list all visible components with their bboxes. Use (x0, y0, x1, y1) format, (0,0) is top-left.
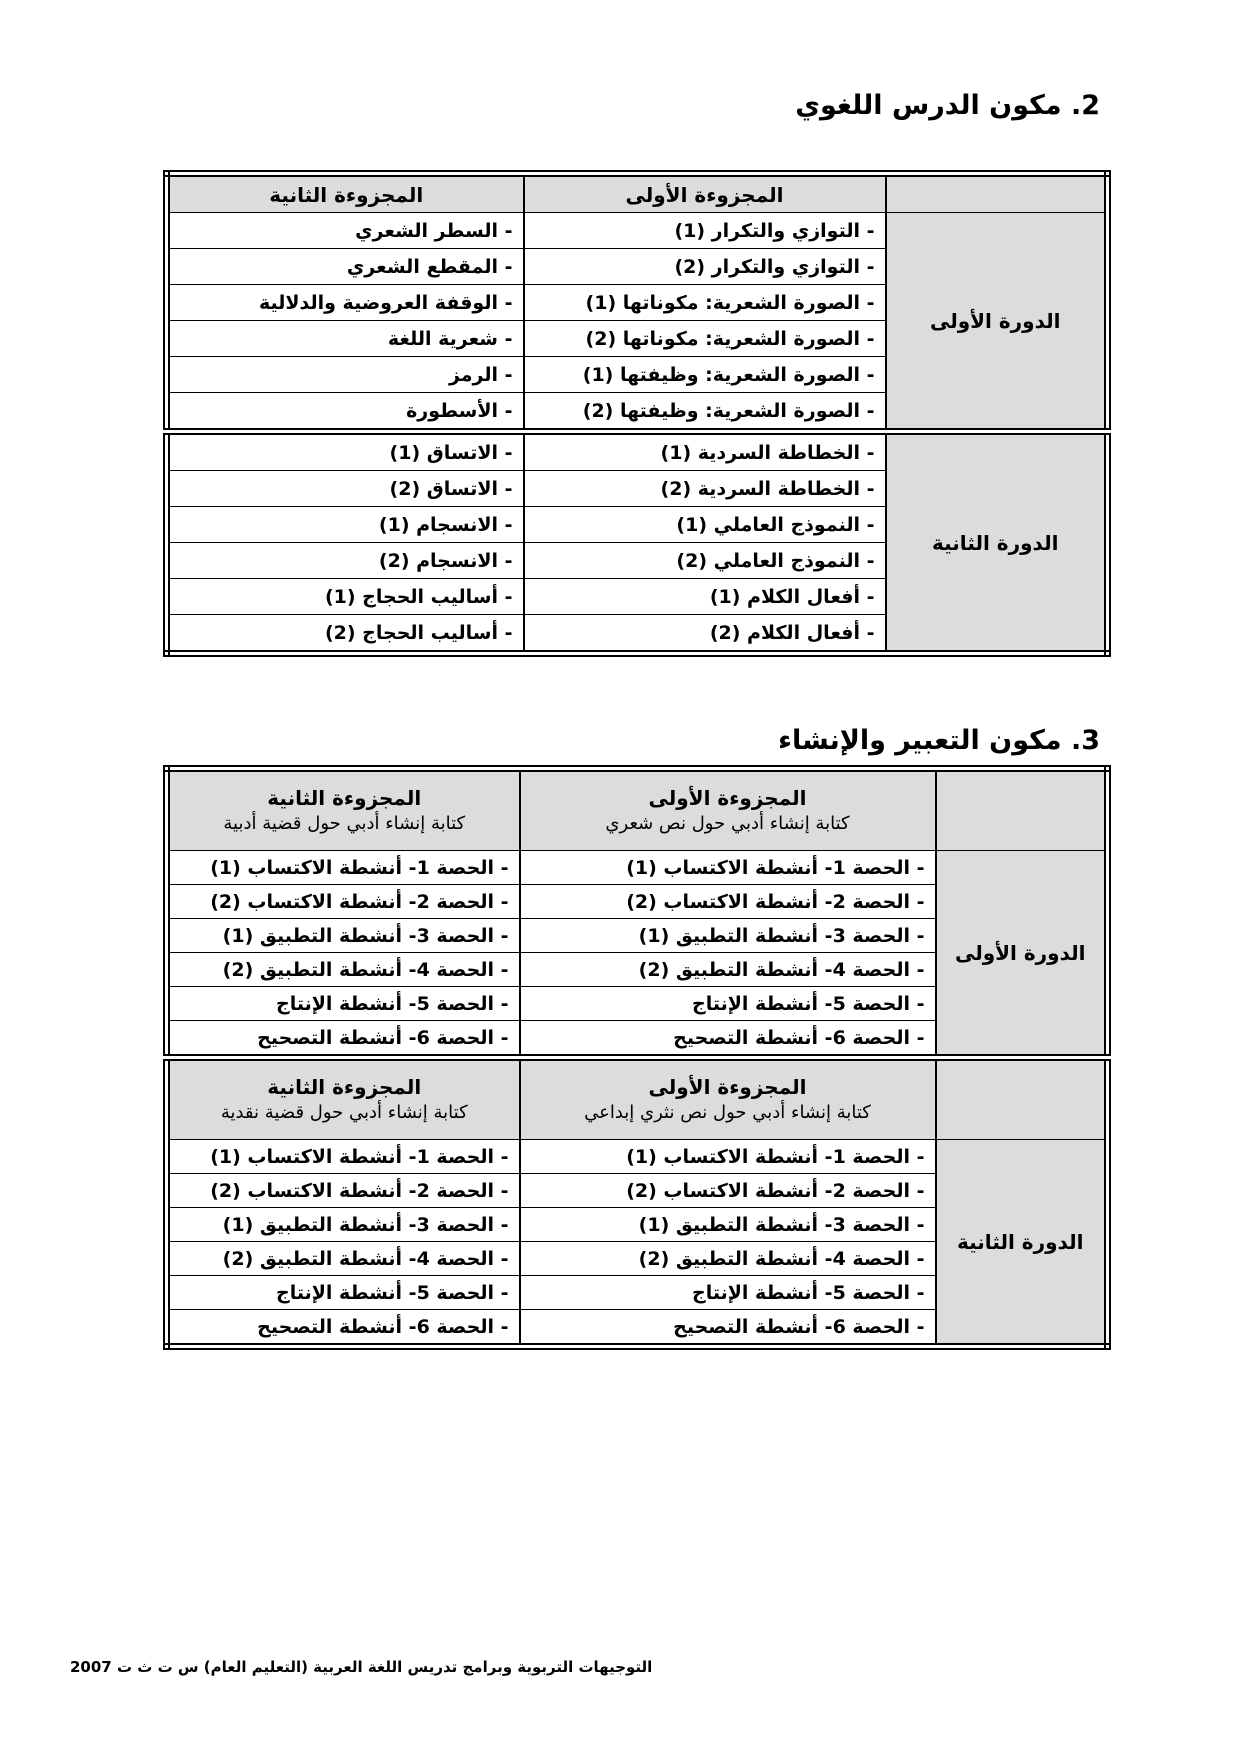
lesson-cell: - أفعال الكلام (2) (524, 615, 886, 654)
session-header-empty-cell (936, 1058, 1108, 1140)
session1-label: الدورة الأولى (886, 213, 1108, 432)
session-activity-cell: - الحصة 2- أنشطة الاكتساب (2) (520, 885, 936, 919)
lesson-cell: - الاتساق (2) (167, 471, 524, 507)
table-header-row: المجزوءة الأولى كتابة إنشاء أدبي حول نص … (167, 1058, 1108, 1140)
lesson-cell: - شعرية اللغة (167, 321, 524, 357)
session2-label: الدورة الثانية (936, 1140, 1108, 1347)
language-lesson-heading: 2. مكون الدرس اللغوي (795, 90, 1100, 121)
session-activity-cell: - الحصة 3- أنشطة التطبيق (1) (167, 1208, 520, 1242)
module2-header: المجزوءة الثانية (167, 174, 524, 213)
session1-section: الدورة الأولى - التوازي والتكرار (1) - ا… (167, 213, 1108, 432)
module2-title: المجزوءة الثانية (176, 1074, 513, 1100)
session-activity-cell: - الحصة 5- أنشطة الإنتاج (520, 987, 936, 1021)
session-activity-cell: - الحصة 3- أنشطة التطبيق (1) (520, 919, 936, 953)
table-row: الدورة الثانية - الخطاطة السردية (1) - ا… (167, 432, 1108, 471)
lesson-cell: - الوقفة العروضية والدلالية (167, 285, 524, 321)
lesson-cell: - الانسجام (1) (167, 507, 524, 543)
lesson-cell: - أساليب الحجاج (2) (167, 615, 524, 654)
lesson-cell: - السطر الشعري (167, 213, 524, 249)
lesson-cell: - النموذج العاملي (2) (524, 543, 886, 579)
session-header-empty-cell (936, 769, 1108, 851)
module1-title: المجزوءة الأولى (527, 785, 929, 811)
module2-subtitle: كتابة إنشاء أدبي حول قضية أدبية (176, 811, 513, 837)
session-activity-cell: - الحصة 6- أنشطة التصحيح (167, 1310, 520, 1347)
lesson-cell: - أساليب الحجاج (1) (167, 579, 524, 615)
lesson-cell: - الصورة الشعرية: مكوناتها (2) (524, 321, 886, 357)
session2-section: الدورة الثانية - الخطاطة السردية (1) - ا… (167, 432, 1108, 654)
lesson-cell: - التوازي والتكرار (1) (524, 213, 886, 249)
session-activity-cell: - الحصة 2- أنشطة الاكتساب (2) (520, 1174, 936, 1208)
module1-title: المجزوءة الأولى (527, 1074, 929, 1100)
expression-writing-heading: 3. مكون التعبير والإنشاء (778, 725, 1100, 756)
lesson-cell: - الرمز (167, 357, 524, 393)
session-activity-cell: - الحصة 5- أنشطة الإنتاج (520, 1276, 936, 1310)
session-activity-cell: - الحصة 6- أنشطة التصحيح (520, 1310, 936, 1347)
module1-header: المجزوءة الأولى (524, 174, 886, 213)
table-header-row: المجزوءة الأولى كتابة إنشاء أدبي حول نص … (167, 769, 1108, 851)
session-header-empty-cell (886, 174, 1108, 213)
module1-header: المجزوءة الأولى كتابة إنشاء أدبي حول نص … (520, 769, 936, 851)
session-activity-cell: - الحصة 1- أنشطة الاكتساب (1) (167, 1140, 520, 1174)
session-activity-cell: - الحصة 4- أنشطة التطبيق (2) (520, 1242, 936, 1276)
lesson-cell: - الخطاطة السردية (1) (524, 432, 886, 471)
module1-subtitle: كتابة إنشاء أدبي حول نص نثري إبداعي (527, 1100, 929, 1126)
session-activity-cell: - الحصة 1- أنشطة الاكتساب (1) (167, 851, 520, 885)
document-page: 2. مكون الدرس اللغوي المجزوءة الأولى الم… (0, 0, 1240, 1754)
session-activity-cell: - الحصة 2- أنشطة الاكتساب (2) (167, 1174, 520, 1208)
session-activity-cell: - الحصة 4- أنشطة التطبيق (2) (520, 953, 936, 987)
lesson-cell: - النموذج العاملي (1) (524, 507, 886, 543)
table-row: الدورة الأولى - الحصة 1- أنشطة الاكتساب … (167, 851, 1108, 885)
module1-header: المجزوءة الأولى كتابة إنشاء أدبي حول نص … (520, 1058, 936, 1140)
lesson-cell: - أفعال الكلام (1) (524, 579, 886, 615)
session2-section: المجزوءة الأولى كتابة إنشاء أدبي حول نص … (167, 1058, 1108, 1347)
table-row: الدورة الأولى - التوازي والتكرار (1) - ا… (167, 213, 1108, 249)
session-activity-cell: - الحصة 1- أنشطة الاكتساب (1) (520, 851, 936, 885)
session1-label: الدورة الأولى (936, 851, 1108, 1058)
session-activity-cell: - الحصة 6- أنشطة التصحيح (520, 1021, 936, 1058)
session1-section: المجزوءة الأولى كتابة إنشاء أدبي حول نص … (167, 769, 1108, 1058)
expression-writing-table: المجزوءة الأولى كتابة إنشاء أدبي حول نص … (163, 765, 1111, 1350)
session-activity-cell: - الحصة 6- أنشطة التصحيح (167, 1021, 520, 1058)
session2-label: الدورة الثانية (886, 432, 1108, 654)
module2-subtitle: كتابة إنشاء أدبي حول قضية نقدية (176, 1100, 513, 1126)
module2-title: المجزوءة الثانية (176, 785, 513, 811)
page-footer: التوجيهات التربوية وبرامج تدريس اللغة ال… (70, 1658, 652, 1676)
lesson-cell: - الصورة الشعرية: وظيفتها (2) (524, 393, 886, 432)
session-activity-cell: - الحصة 1- أنشطة الاكتساب (1) (520, 1140, 936, 1174)
session-activity-cell: - الحصة 3- أنشطة التطبيق (1) (520, 1208, 936, 1242)
table-header-row: المجزوءة الأولى المجزوءة الثانية (167, 174, 1108, 213)
lesson-cell: - الاتساق (1) (167, 432, 524, 471)
session-activity-cell: - الحصة 2- أنشطة الاكتساب (2) (167, 885, 520, 919)
lesson-cell: - الأسطورة (167, 393, 524, 432)
lesson-cell: - التوازي والتكرار (2) (524, 249, 886, 285)
module1-subtitle: كتابة إنشاء أدبي حول نص شعري (527, 811, 929, 837)
session-activity-cell: - الحصة 3- أنشطة التطبيق (1) (167, 919, 520, 953)
lesson-cell: - الصورة الشعرية: وظيفتها (1) (524, 357, 886, 393)
lesson-cell: - الخطاطة السردية (2) (524, 471, 886, 507)
lesson-cell: - المقطع الشعري (167, 249, 524, 285)
session-activity-cell: - الحصة 5- أنشطة الإنتاج (167, 987, 520, 1021)
session-activity-cell: - الحصة 4- أنشطة التطبيق (2) (167, 953, 520, 987)
lesson-cell: - الانسجام (2) (167, 543, 524, 579)
language-lesson-table: المجزوءة الأولى المجزوءة الثانية الدورة … (163, 170, 1111, 657)
lesson-cell: - الصورة الشعرية: مكوناتها (1) (524, 285, 886, 321)
module2-header: المجزوءة الثانية كتابة إنشاء أدبي حول قض… (167, 1058, 520, 1140)
session-activity-cell: - الحصة 5- أنشطة الإنتاج (167, 1276, 520, 1310)
table-row: الدورة الثانية - الحصة 1- أنشطة الاكتساب… (167, 1140, 1108, 1174)
session-activity-cell: - الحصة 4- أنشطة التطبيق (2) (167, 1242, 520, 1276)
module2-header: المجزوءة الثانية كتابة إنشاء أدبي حول قض… (167, 769, 520, 851)
